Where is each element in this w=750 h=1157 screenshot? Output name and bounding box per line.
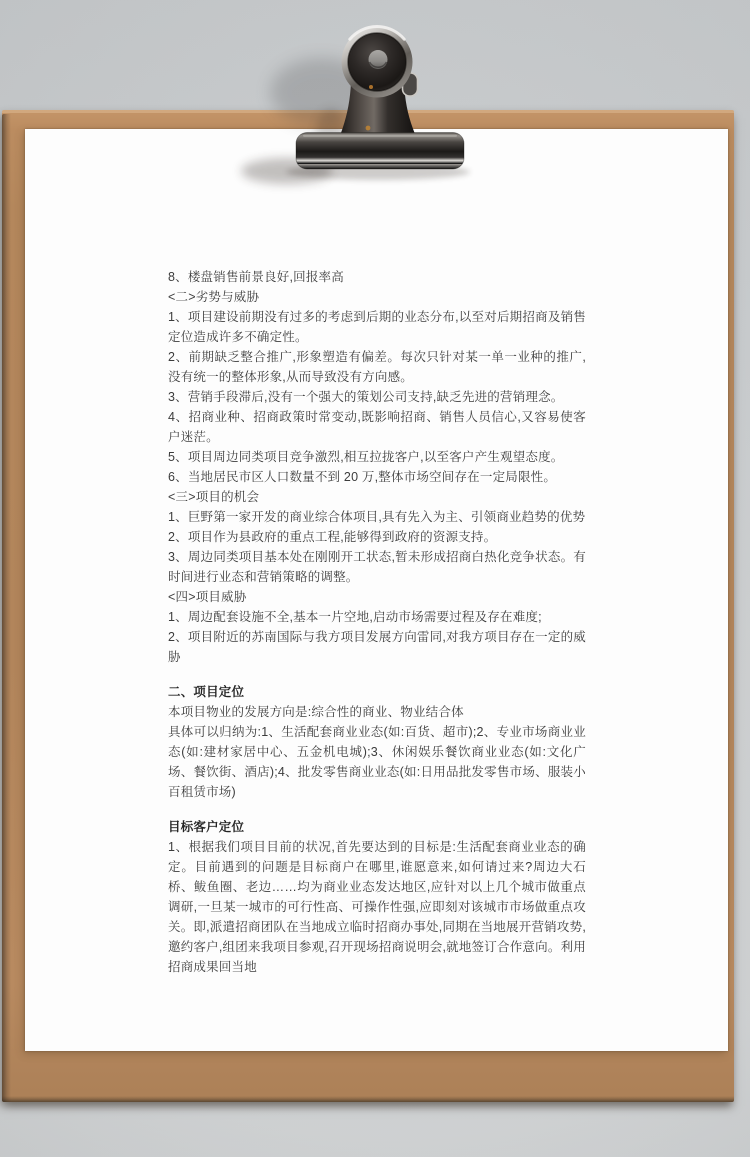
para-business-categories: 具体可以归纳为:1、生活配套商业业态(如:百货、超市);2、专业市场商业业态(如… <box>168 722 586 802</box>
heading-project-positioning: 二、项目定位 <box>168 682 586 702</box>
para-threat-1: 1、周边配套设施不全,基本一片空地,启动市场需要过程及存在难度; <box>168 607 586 627</box>
subhead-weaknesses-threats: <二>劣势与威胁 <box>168 287 586 307</box>
para-threat-2: 2、项目附近的苏南国际与我方项目发展方向雷同,对我方项目存在一定的威胁 <box>168 627 586 667</box>
clipboard-scene: 8、楼盘销售前景良好,回报率高 <二>劣势与威胁 1、项目建设前期没有过多的考虑… <box>0 0 750 1157</box>
para-weakness-6: 6、当地居民市区人口数量不到 20 万,整体市场空间存在一定局限性。 <box>168 467 586 487</box>
clip-drum-highlight <box>350 27 404 40</box>
clip-drum-face-ring <box>348 33 406 91</box>
para-opportunity-3: 3、周边同类项目基本处在刚刚开工状态,暂未形成招商白热化竞争状态。有时间进行业态… <box>168 547 586 587</box>
clip-drum-hole-shade <box>370 62 387 67</box>
subhead-opportunities: <三>项目的机会 <box>168 487 586 507</box>
document-text: 8、楼盘销售前景良好,回报率高 <二>劣势与威胁 1、项目建设前期没有过多的考虑… <box>168 267 586 977</box>
paper-sheet: 8、楼盘销售前景良好,回报率高 <二>劣势与威胁 1、项目建设前期没有过多的考虑… <box>25 129 728 1051</box>
subhead-project-threats: <四>项目威胁 <box>168 587 586 607</box>
clip-lever-icon <box>403 73 418 96</box>
para-weakness-1: 1、项目建设前期没有过多的考虑到后期的业态分布,以至对后期招商及销售定位造成许多… <box>168 307 586 347</box>
para-opportunity-1: 1、巨野第一家开发的商业综合体项目,具有先入为主、引领商业趋势的优势 <box>168 507 586 527</box>
clip-drum-hole <box>369 50 388 69</box>
para-sales-prospect: 8、楼盘销售前景良好,回报率高 <box>168 267 586 287</box>
para-weakness-2: 2、前期缺乏整合推广,形象塑造有偏差。每次只针对某一单一业种的推广,没有统一的整… <box>168 347 586 387</box>
para-weakness-5: 5、项目周边同类项目竞争激烈,相互拉拢客户,以至客户产生观望态度。 <box>168 447 586 467</box>
clip-glint-drum <box>369 85 373 89</box>
clip-drum-rim <box>342 27 413 98</box>
board-top-edge-highlight <box>2 110 734 113</box>
para-weakness-4: 4、招商业种、招商政策时常变动,既影响招商、销售人员信心,又容易使客户迷茫。 <box>168 407 586 447</box>
heading-target-customer-positioning: 目标客户定位 <box>168 817 586 837</box>
para-weakness-3: 3、营销手段滞后,没有一个强大的策划公司支持,缺乏先进的营销理念。 <box>168 387 586 407</box>
para-target-customer-detail: 1、根据我们项目目前的状况,首先要达到的目标是:生活配套商业业态的确定。目前遇到… <box>168 837 586 977</box>
clip-drum-face <box>348 33 406 91</box>
para-opportunity-2: 2、项目作为县政府的重点工程,能够得到政府的资源支持。 <box>168 527 586 547</box>
para-development-direction: 本项目物业的发展方向是:综合性的商业、物业结合体 <box>168 702 586 722</box>
